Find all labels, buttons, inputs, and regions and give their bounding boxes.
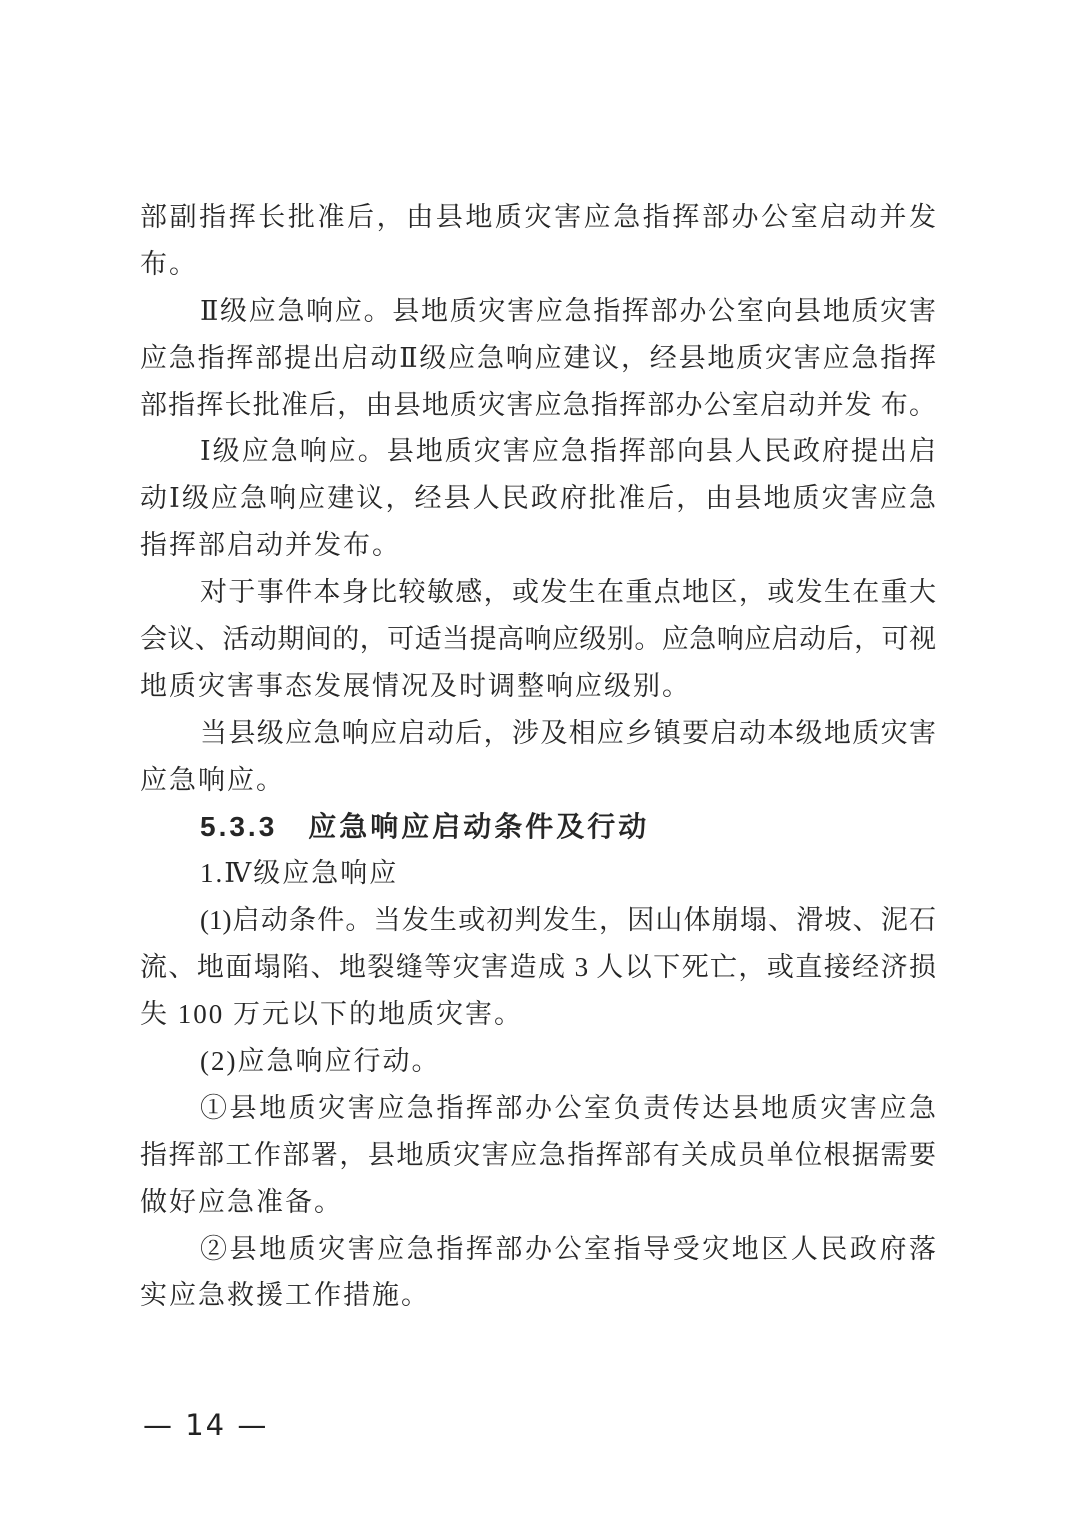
text-line: 对于事件本身比较敏感，或发生在重点地区，或发生在重大	[140, 569, 936, 616]
text-line: 应急指挥部提出启动Ⅱ级应急响应建议，经县地质灾害应急指挥	[140, 335, 936, 382]
text-line: 指挥部工作部署，县地质灾害应急指挥部有关成员单位根据需要	[140, 1132, 936, 1179]
text-line: ②县地质灾害应急指挥部办公室指导受灾地区人民政府落	[140, 1226, 936, 1273]
text-line: 1.Ⅳ级应急响应	[140, 850, 936, 897]
text-line: 布。	[140, 241, 936, 288]
text-line: Ⅱ级应急响应。县地质灾害应急指挥部办公室向县地质灾害	[140, 288, 936, 335]
text-line: 地质灾害事态发展情况及时调整响应级别。	[140, 663, 936, 710]
text-lines: 部副指挥长批准后，由县地质灾害应急指挥部办公室启动并发布。Ⅱ级应急响应。县地质灾…	[140, 194, 936, 1319]
text-line: (1)启动条件。当发生或初判发生，因山体崩塌、滑坡、泥石	[140, 897, 936, 944]
section-heading: 5.3.3 应急响应启动条件及行动	[140, 804, 936, 851]
text-line: Ⅰ级应急响应。县地质灾害应急指挥部向县人民政府提出启	[140, 428, 936, 475]
text-line: 流、地面塌陷、地裂缝等灾害造成 3 人以下死亡，或直接经济损	[140, 944, 936, 991]
text-line: 会议、活动期间的，可适当提高响应级别。应急响应启动后，可视	[140, 616, 936, 663]
text-line: 动Ⅰ级应急响应建议，经县人民政府批准后，由县地质灾害应急	[140, 475, 936, 522]
document-page: 部副指挥长批准后，由县地质灾害应急指挥部办公室启动并发布。Ⅱ级应急响应。县地质灾…	[0, 0, 1074, 1520]
page-number: — 14 —	[143, 1406, 268, 1444]
text-line: 做好应急准备。	[140, 1179, 936, 1226]
text-line: 部副指挥长批准后，由县地质灾害应急指挥部办公室启动并发	[140, 194, 936, 241]
text-line: 指挥部启动并发布。	[140, 522, 936, 569]
text-line: 应急响应。	[140, 757, 936, 804]
text-line: ①县地质灾害应急指挥部办公室负责传达县地质灾害应急	[140, 1085, 936, 1132]
text-line: 当县级应急响应启动后，涉及相应乡镇要启动本级地质灾害	[140, 710, 936, 757]
text-line: 部指挥长批准后，由县地质灾害应急指挥部办公室启动并发 布。	[140, 382, 936, 429]
text-line: 失 100 万元以下的地质灾害。	[140, 991, 936, 1038]
text-line: (2)应急响应行动。	[140, 1038, 936, 1085]
text-line: 实应急救援工作措施。	[140, 1272, 936, 1319]
